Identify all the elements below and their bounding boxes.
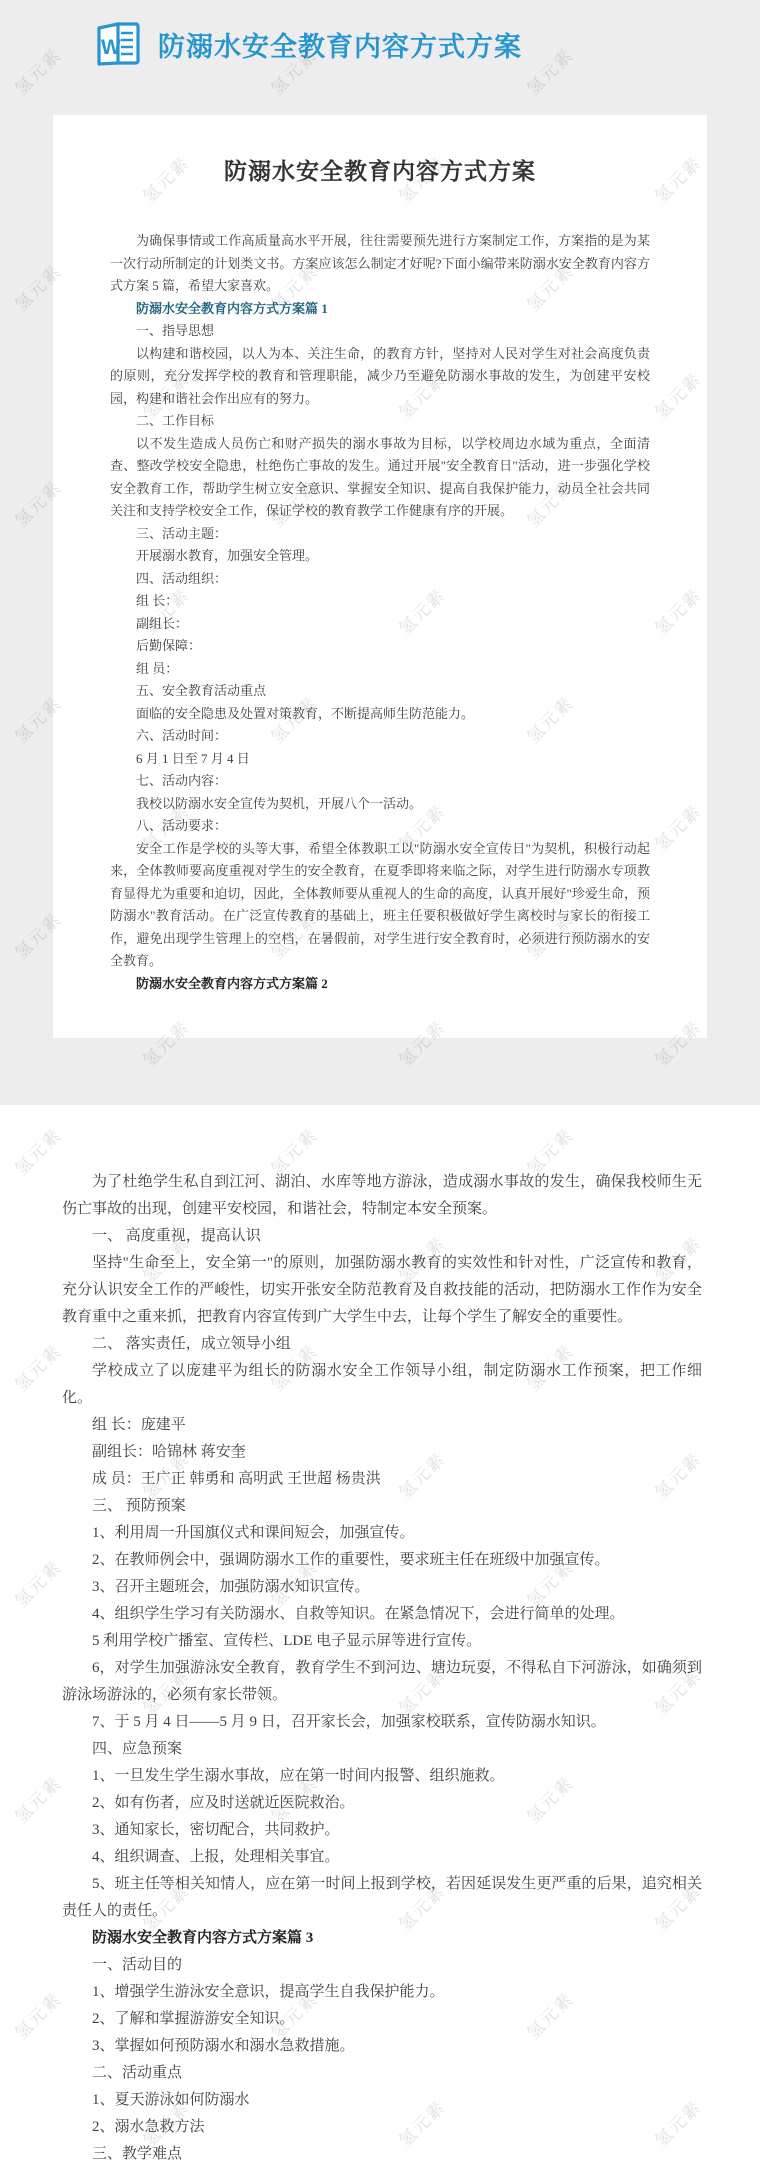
doc-paragraph: 为了杜绝学生私自到江河、湖泊、水库等地方游泳，造成溺水事故的发生，确保我校师生无…	[62, 1169, 702, 1223]
doc-paragraph: 4、组织学生学习有关防溺水、自救等知识。在紧急情况下，会进行简单的处理。	[62, 1601, 702, 1628]
doc-paragraph: 二、工作目标	[110, 410, 650, 433]
doc-paragraph: 为确保事情或工作高质量高水平开展，往往需要预先进行方案制定工作，方案指的是为某一…	[110, 230, 650, 298]
doc-paragraph: 2、了解和掌握游游安全知识。	[62, 2006, 702, 2033]
doc-paragraph: 学校成立了以庞建平为组长的防溺水安全工作领导小组，制定防溺水工作预案，把工作细化…	[62, 1358, 702, 1412]
doc-paragraph: 一、 高度重视，提高认识	[62, 1223, 702, 1250]
site-header-title: 防溺水安全教育内容方式方案	[158, 25, 522, 64]
doc-paragraph: 4、组织调查、上报，处理相关事宜。	[62, 1844, 702, 1871]
doc-paragraph: 副组长：	[110, 613, 650, 636]
doc-paragraph: 四、活动组织：	[110, 568, 650, 591]
doc-paragraph: 二、活动重点	[62, 2060, 702, 2087]
document-page-2: 为了杜绝学生私自到江河、湖泊、水库等地方游泳，造成溺水事故的发生，确保我校师生无…	[0, 1105, 760, 2178]
doc-paragraph: 面临的安全隐患及处置对策教育，不断提高师生防范能力。	[110, 703, 650, 726]
doc-paragraph: 2、溺水急救方法	[62, 2114, 702, 2141]
doc-paragraph: 五、安全教育活动重点	[110, 680, 650, 703]
doc-paragraph: 组 长：	[110, 590, 650, 613]
doc-paragraph: 二、 落实责任，成立领导小组	[62, 1331, 702, 1358]
doc-section-heading-part2: 防溺水安全教育内容方式方案篇 2	[110, 973, 650, 996]
doc-paragraph: 四、应急预案	[62, 1736, 702, 1763]
doc-paragraph: 安全工作是学校的头等大事，希望全体教职工以"防溺水安全宣传日"为契机，积极行动起…	[110, 838, 650, 973]
doc-paragraph: 坚持"生命至上，安全第一"的原则，加强防溺水教育的实效性和针对性，广泛宣传和教育…	[62, 1250, 702, 1331]
doc-paragraph: 六、活动时间：	[110, 725, 650, 748]
doc-paragraph: 三、 预防预案	[62, 1493, 702, 1520]
doc-paragraph: 七、活动内容：	[110, 770, 650, 793]
doc-paragraph: 组 长：庞建平	[62, 1412, 702, 1439]
doc-section-heading-part3: 防溺水安全教育内容方式方案篇 3	[62, 1925, 702, 1952]
doc-paragraph: 6 月 1 日至 7 月 4 日	[110, 748, 650, 771]
doc-paragraph: 7、于 5 月 4 日——5 月 9 日，召开家长会，加强家校联系，宣传防溺水知…	[62, 1709, 702, 1736]
svg-text:W: W	[101, 36, 121, 59]
site-header: W 防溺水安全教育内容方式方案	[0, 0, 760, 88]
doc-paragraph: 3、召开主题班会，加强防溺水知识宣传。	[62, 1574, 702, 1601]
doc-paragraph: 6，对学生加强游泳安全教育，教育学生不到河边、塘边玩耍，不得私自下河游泳，如确须…	[62, 1655, 702, 1709]
doc-paragraph: 1、增强学生游泳安全意识，提高学生自我保护能力。	[62, 1979, 702, 2006]
doc-paragraph: 3、通知家长，密切配合，共同救护。	[62, 1817, 702, 1844]
doc-paragraph: 八、活动要求：	[110, 815, 650, 838]
doc-paragraph: 2、在教师例会中，强调防溺水工作的重要性，要求班主任在班级中加强宣传。	[62, 1547, 702, 1574]
doc-paragraph: 三、活动主题：	[110, 523, 650, 546]
doc-section-heading-part1: 防溺水安全教育内容方式方案篇 1	[110, 298, 650, 321]
doc-paragraph: 以构建和谐校园，以人为本、关注生命，的教育方针，坚持对人民对学生对社会高度负责的…	[110, 343, 650, 411]
doc-paragraph: 1、利用周一升国旗仪式和课间短会，加强宣传。	[62, 1520, 702, 1547]
doc-paragraph: 一、活动目的	[62, 1952, 702, 1979]
doc-paragraph: 组 员：	[110, 658, 650, 681]
doc-paragraph: 以不发生造成人员伤亡和财产损失的溺水事故为目标，以学校周边水域为重点，全面清查、…	[110, 433, 650, 523]
doc-paragraph: 我校以防溺水安全宣传为契机，开展八个一活动。	[110, 793, 650, 816]
word-doc-icon: W	[92, 20, 144, 68]
doc-paragraph: 1、夏天游泳如何防溺水	[62, 2087, 702, 2114]
document-page-1: 防溺水安全教育内容方式方案 为确保事情或工作高质量高水平开展，往往需要预先进行方…	[53, 115, 707, 1038]
doc-paragraph: 成 员：王广正 韩勇和 高明武 王世超 杨贵洪	[62, 1466, 702, 1493]
doc-paragraph: 5 利用学校广播室、宣传栏、LDE 电子显示屏等进行宣传。	[62, 1628, 702, 1655]
doc-paragraph: 副组长：哈锦林 蒋安奎	[62, 1439, 702, 1466]
doc-paragraph: 1、一旦发生学生溺水事故，应在第一时间内报警、组织施救。	[62, 1763, 702, 1790]
document-title: 防溺水安全教育内容方式方案	[110, 153, 650, 186]
doc-paragraph: 5、班主任等相关知情人，应在第一时间上报到学校，若因延误发生更严重的后果，追究相…	[62, 1871, 702, 1925]
doc-paragraph: 2、如有伤者，应及时送就近医院救治。	[62, 1790, 702, 1817]
doc-paragraph: 后勤保障：	[110, 635, 650, 658]
doc-paragraph: 一、指导思想	[110, 320, 650, 343]
doc-paragraph: 3、掌握如何预防溺水和溺水急救措施。	[62, 2033, 702, 2060]
doc-paragraph: 开展溺水教育，加强安全管理。	[110, 545, 650, 568]
doc-paragraph: 三、教学难点	[62, 2141, 702, 2168]
